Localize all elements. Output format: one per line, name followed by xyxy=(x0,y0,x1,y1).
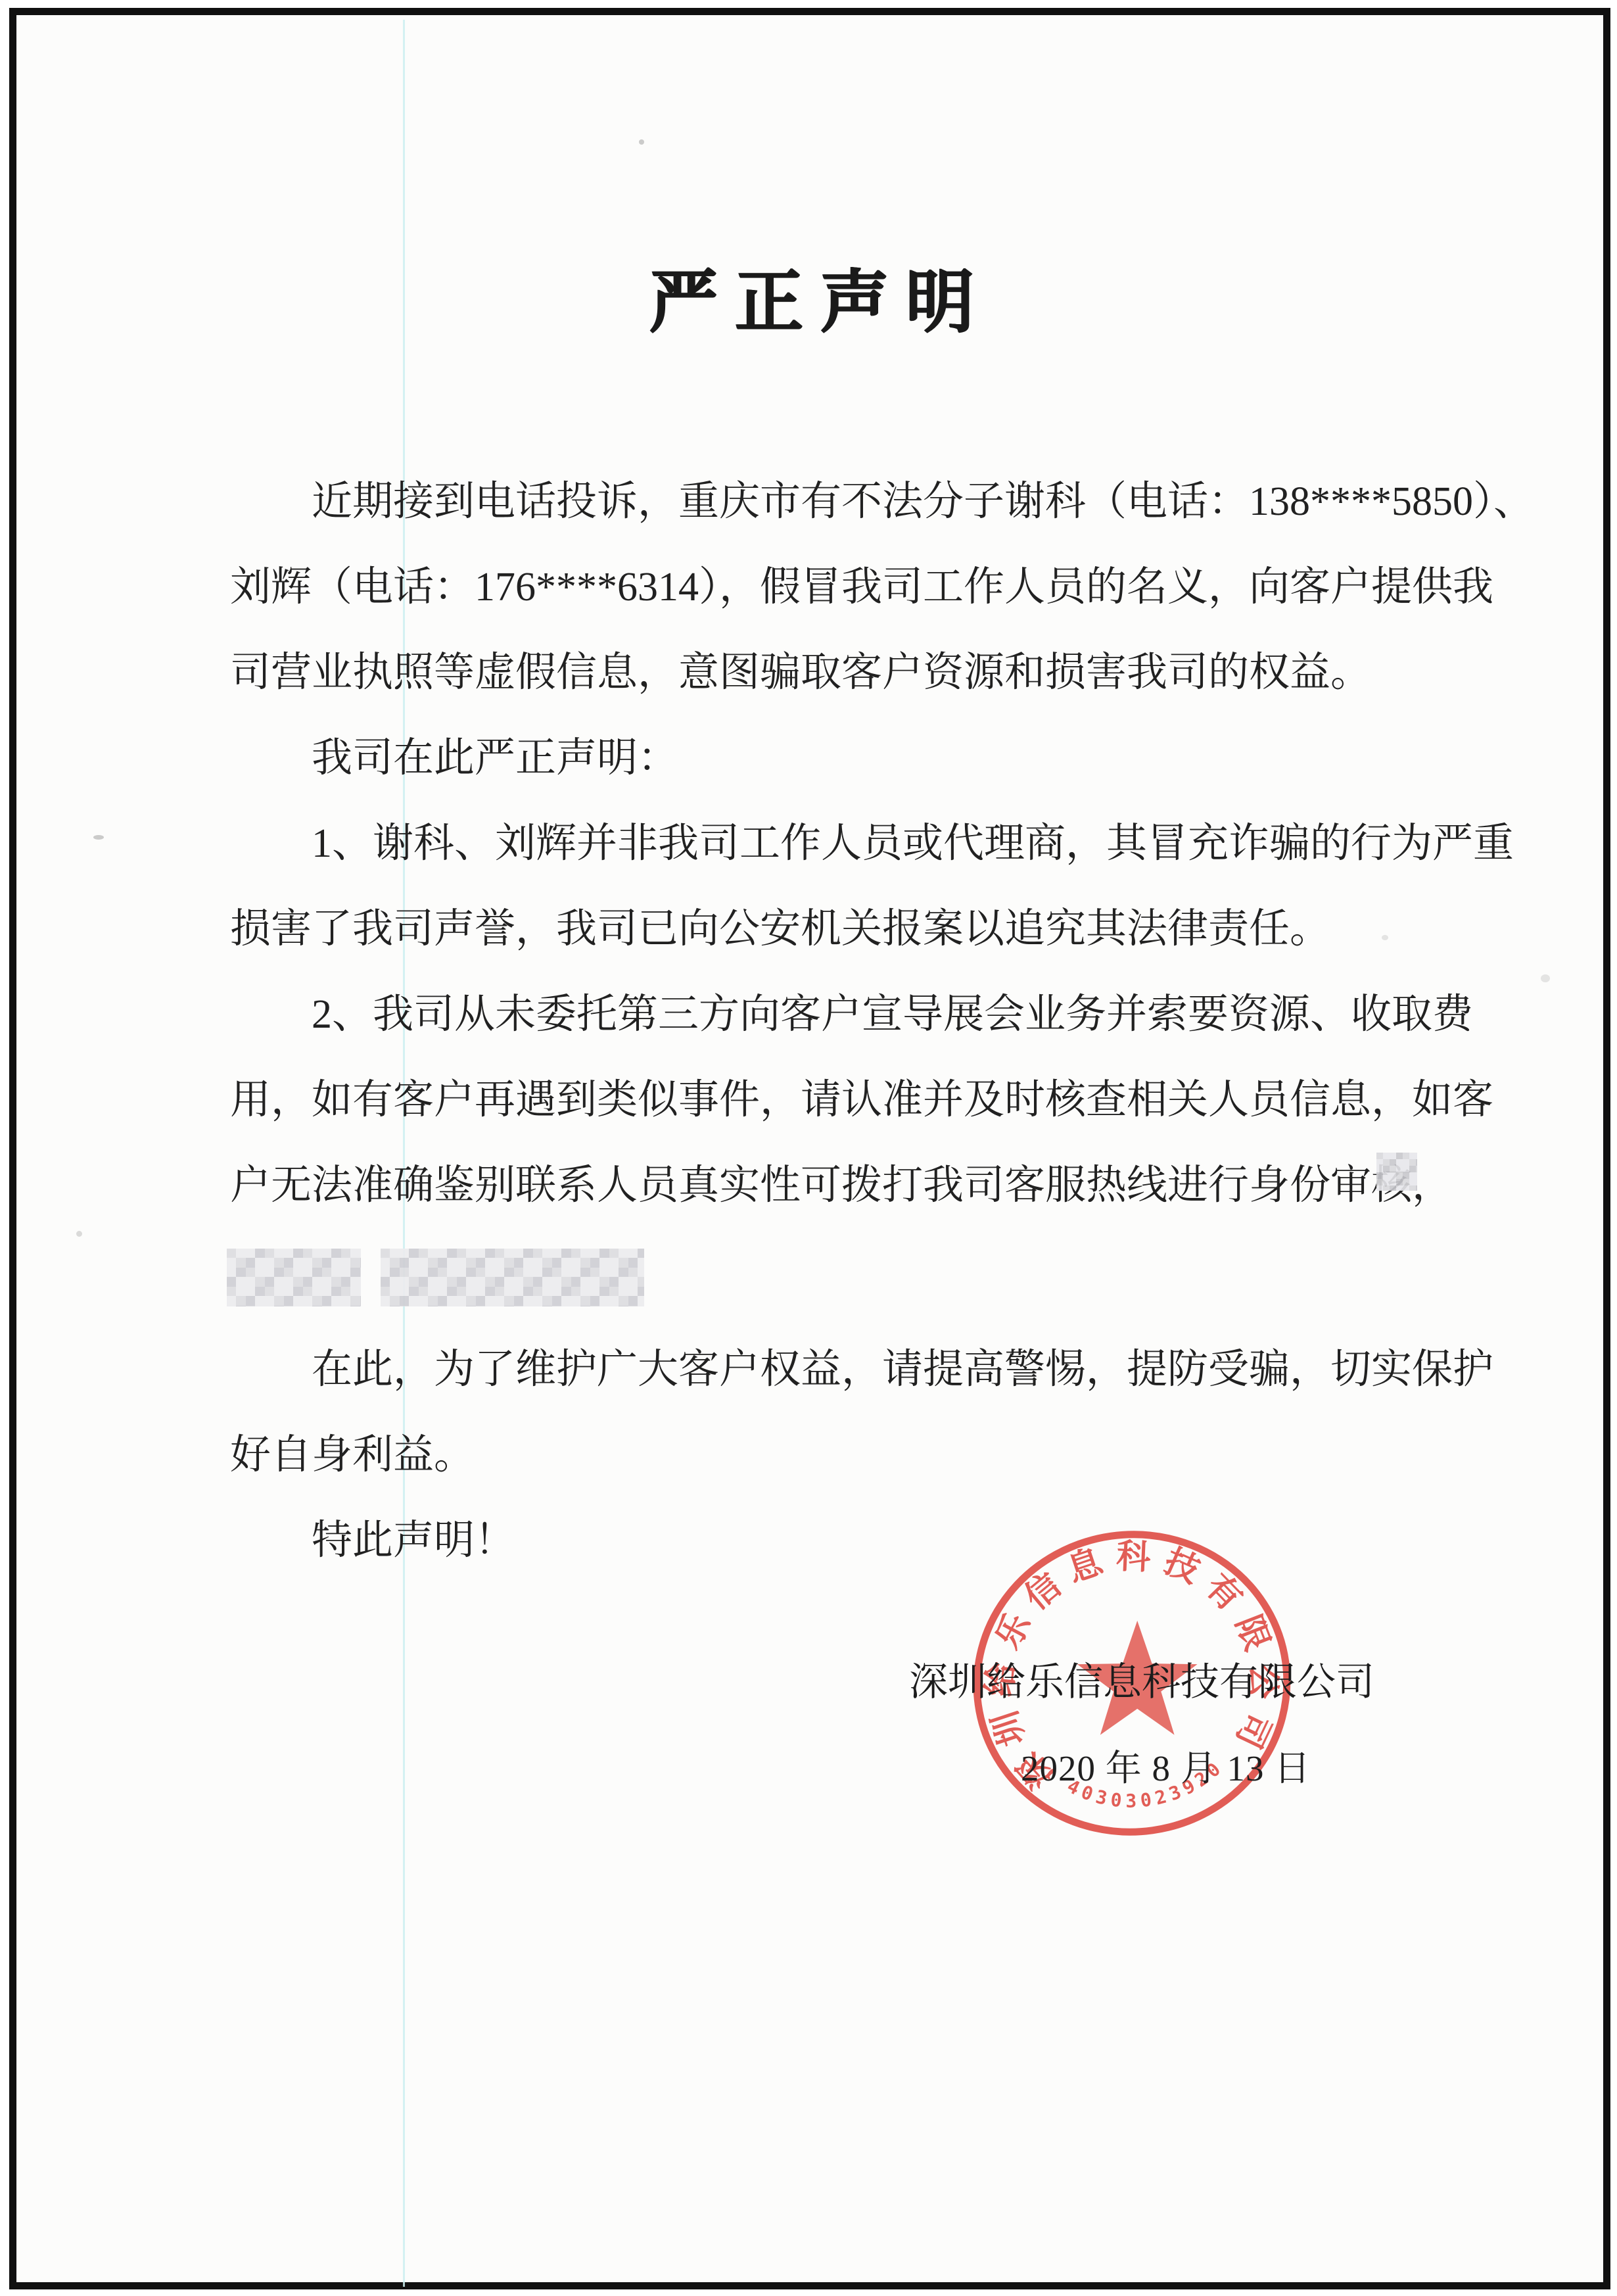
scan-speck xyxy=(1541,974,1550,982)
body-line: 我司在此严正声明： xyxy=(230,715,1492,801)
redacted-block xyxy=(227,1249,361,1306)
redacted-inline-block xyxy=(1376,1153,1417,1191)
scan-speck xyxy=(639,139,644,145)
scan-speck xyxy=(76,1231,82,1237)
body-line: 特此声明！ xyxy=(230,1498,1492,1583)
body-line: 刘辉（电话：176****6314），假冒我司工作人员的名义，向客户提供我 xyxy=(230,544,1492,630)
scan-speck xyxy=(93,835,104,840)
body-line: 户无法准确鉴别联系人员真实性可拨打我司客服热线进行身份审核， xyxy=(230,1143,1492,1228)
body-line: 2、我司从未委托第三方向客户宣导展会业务并索要资源、收取费 xyxy=(230,972,1492,1057)
body-line: 损害了我司声誉，我司已向公安机关报案以追究其法律责任。 xyxy=(230,886,1492,972)
document-title: 严正声明 xyxy=(0,268,1617,337)
redacted-block xyxy=(381,1249,644,1306)
signature-date: 2020 年 8 月 13 日 xyxy=(1021,1750,1311,1787)
body-line: 近期接到电话投诉，重庆市有不法分子谢科（电话：138****5850）、 xyxy=(230,459,1492,544)
body-line: 1、谢科、刘辉并非我司工作人员或代理商，其冒充诈骗的行为严重 xyxy=(230,801,1492,886)
redacted-line xyxy=(230,1228,1492,1327)
body-line: 用，如有客户再遇到类似事件，请认准并及时核查相关人员信息，如客 xyxy=(230,1057,1492,1143)
signature-company-name: 深圳给乐信息科技有限公司 xyxy=(909,1662,1374,1702)
scanned-statement-page: 严正声明 近期接到电话投诉，重庆市有不法分子谢科（电话：138****5850）… xyxy=(0,0,1617,2296)
body-line: 司营业执照等虚假信息，意图骗取客户资源和损害我司的权益。 xyxy=(230,630,1492,715)
body-line: 在此，为了维护广大客户权益，请提高警惕，提防受骗，切实保护 xyxy=(230,1327,1492,1412)
body-line: 好自身利益。 xyxy=(230,1412,1492,1498)
document-body-lines: 近期接到电话投诉，重庆市有不法分子谢科（电话：138****5850）、刘辉（电… xyxy=(230,459,1492,1583)
